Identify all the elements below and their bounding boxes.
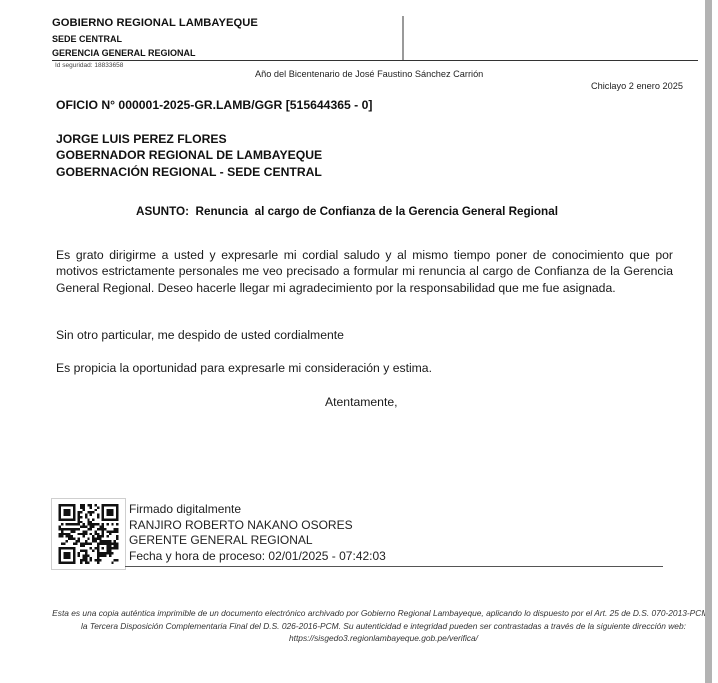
closing-salutation: Atentamente, [325,395,398,409]
authenticity-notice: Esta es una copia auténtica imprimible d… [52,607,715,645]
recipient-name: JORGE LUIS PEREZ FLORES [56,131,322,147]
security-id: Id seguridad: 18833658 [55,62,123,69]
header-rule [52,60,698,61]
signature-label: Firmado digitalmente [129,502,386,518]
signature-timestamp: Fecha y hora de proceso: 02/01/2025 - 07… [129,549,386,565]
seat-name: SEDE CENTRAL [52,34,122,44]
body-paragraph: Es propicia la oportunidad para expresar… [56,361,432,375]
subject-line: ASUNTO: Renuncia al cargo de Confianza d… [136,205,558,218]
body-paragraph: Sin otro particular, me despido de usted… [56,328,344,342]
signer-name: RANJIRO ROBERTO NAKANO OSORES [129,518,386,534]
signature-rule [125,566,663,567]
qr-code-graphic [58,504,119,564]
organization-name: GOBIERNO REGIONAL LAMBAYEQUE [52,17,258,29]
place-date: Chiclayo 2 enero 2025 [591,81,683,91]
page-edge [705,0,712,683]
header-divider [402,16,404,61]
recipient-office: GOBERNACIÓN REGIONAL - SEDE CENTRAL [56,164,322,180]
body-paragraph: Es grato dirigirme a usted y expresarle … [56,247,673,296]
qr-code-icon [51,498,126,570]
document-reference: OFICIO N° 000001-2025-GR.LAMB/GGR [51564… [56,98,372,112]
department-name: GERENCIA GENERAL REGIONAL [52,48,196,58]
recipient-title: GOBERNADOR REGIONAL DE LAMBAYEQUE [56,147,322,163]
document-page: GOBIERNO REGIONAL LAMBAYEQUE SEDE CENTRA… [0,0,705,683]
recipient-block: JORGE LUIS PEREZ FLORES GOBERNADOR REGIO… [56,131,322,180]
page-margin [712,0,718,683]
year-motto: Año del Bicentenario de José Faustino Sá… [255,69,483,79]
signature-block: Firmado digitalmente RANJIRO ROBERTO NAK… [129,502,386,564]
signer-title: GERENTE GENERAL REGIONAL [129,533,386,549]
